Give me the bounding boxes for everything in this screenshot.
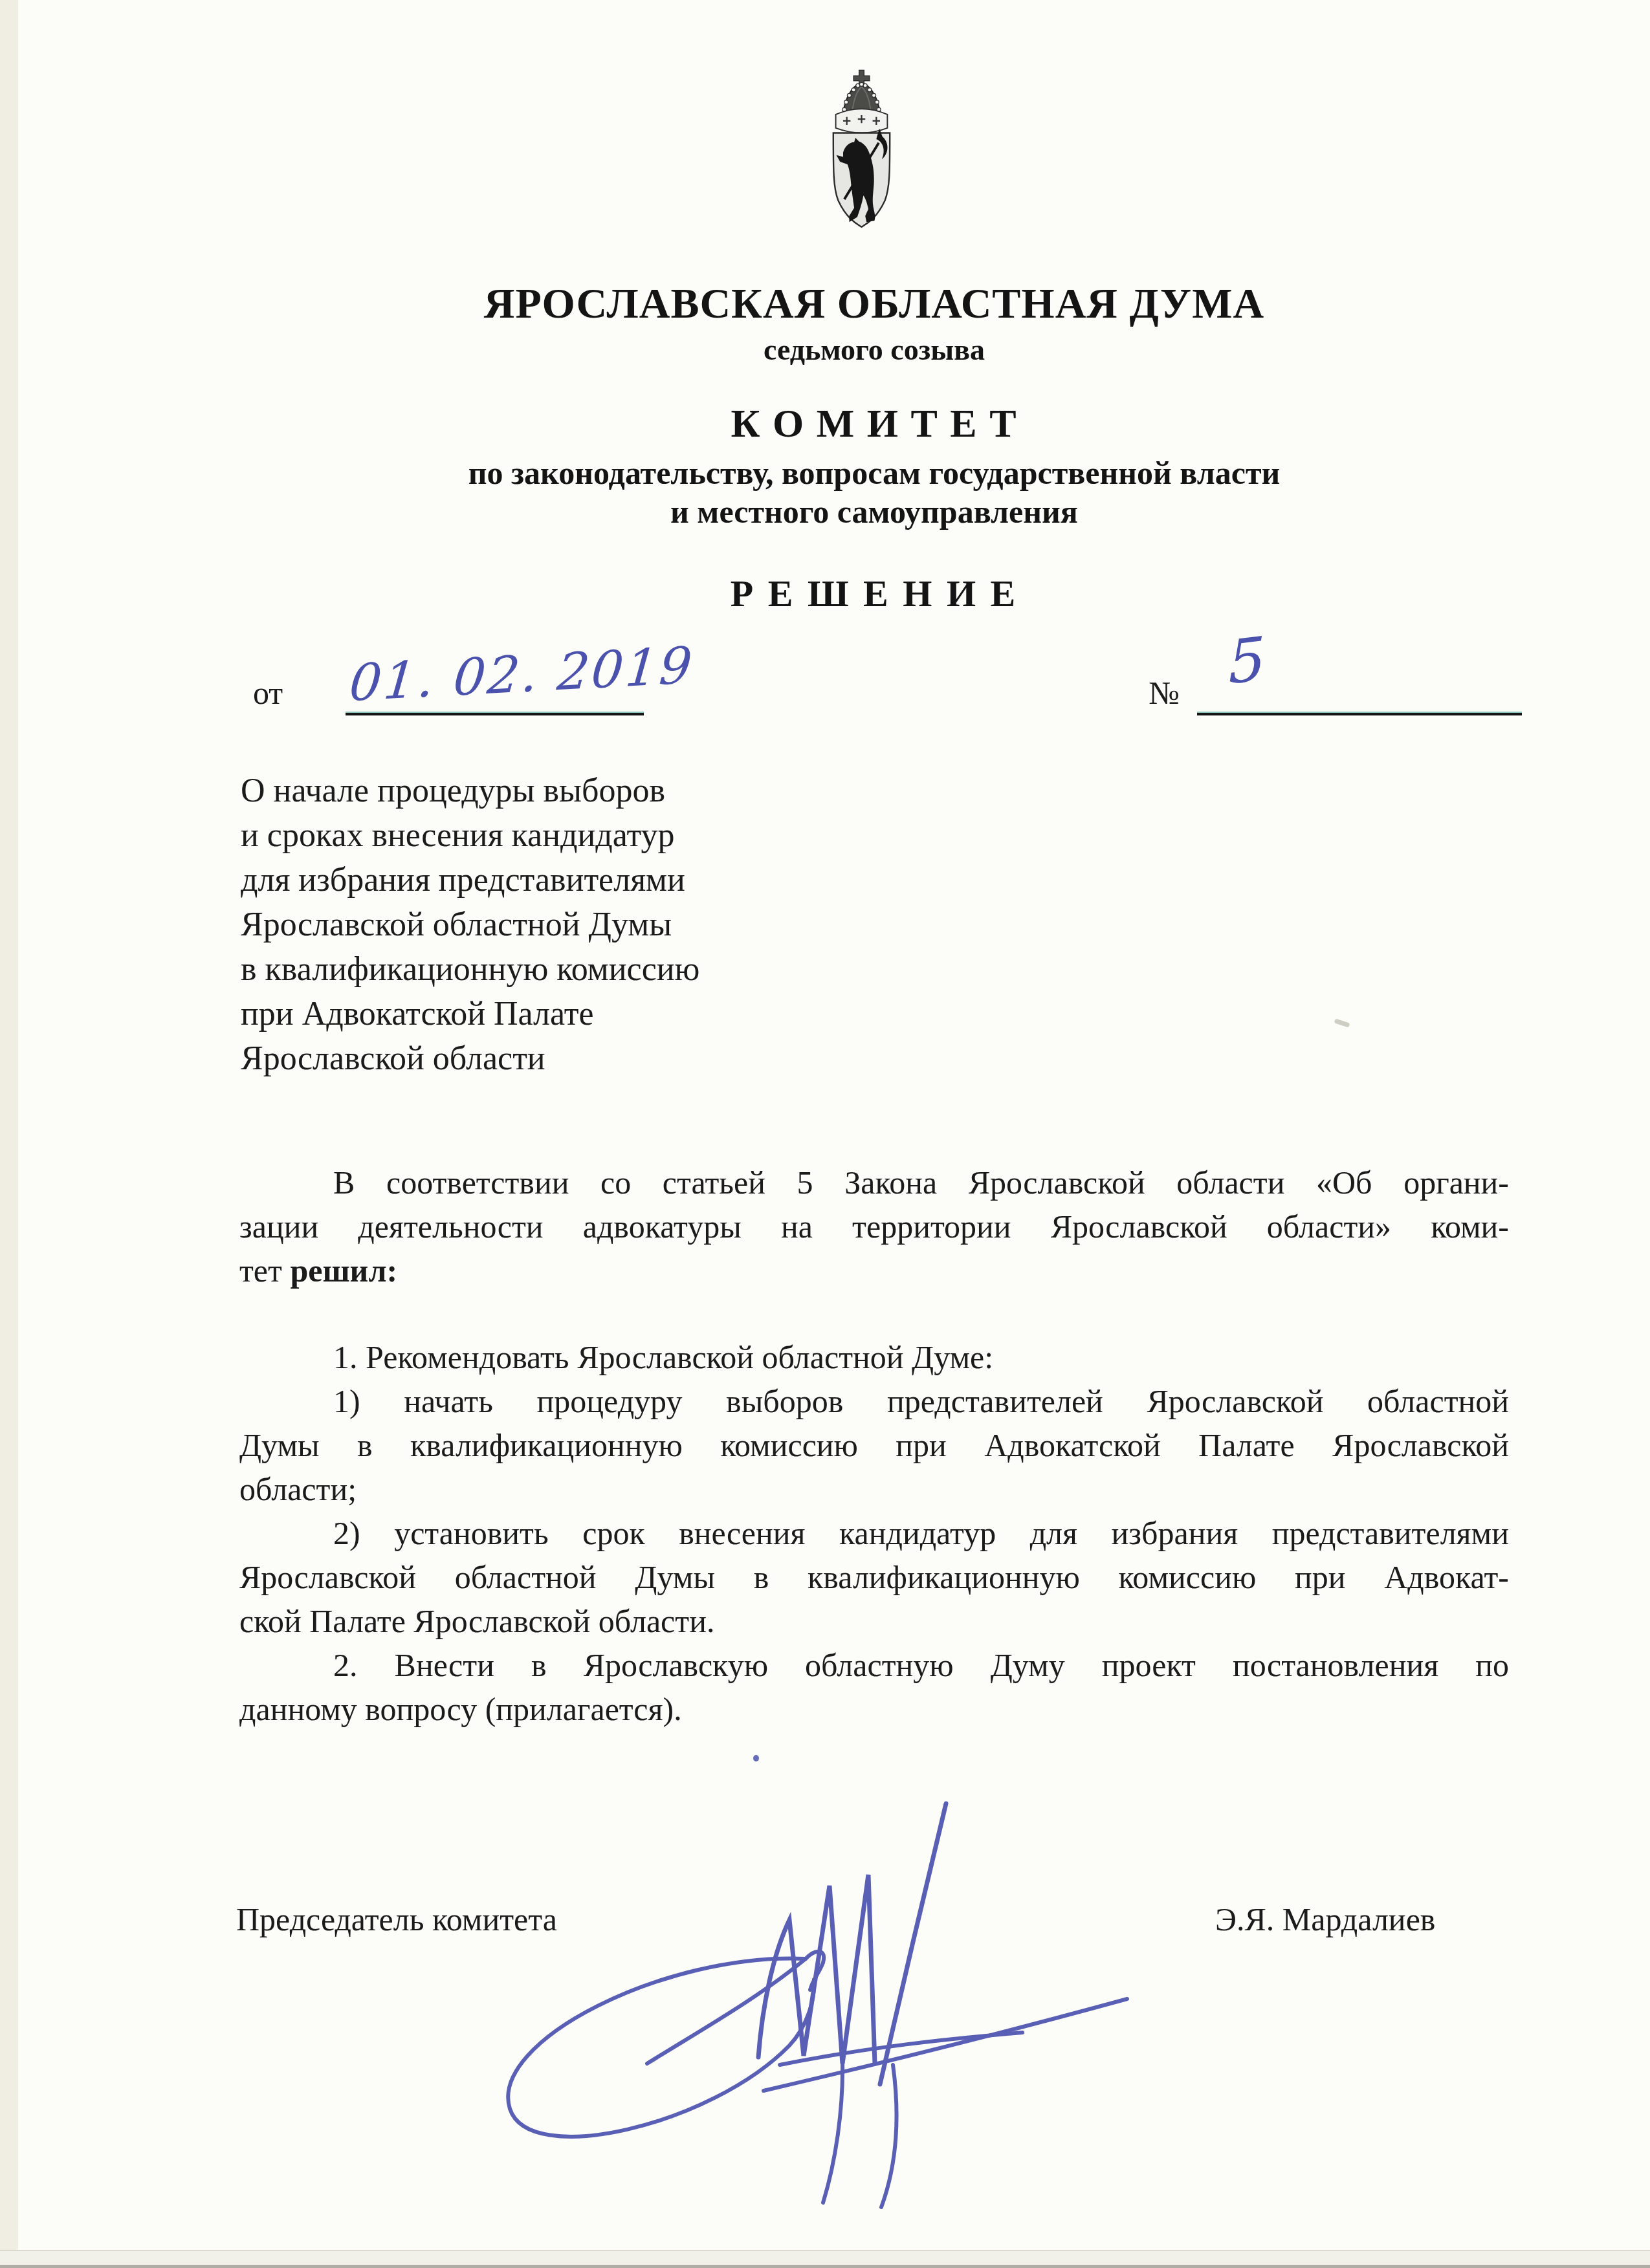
body-line: 2. Внести в Ярославскую областную Думу п… [239,1644,1509,1688]
subject-line: и сроках внесения кандидатур [241,816,1160,855]
coat-of-arms-icon [819,67,905,234]
scan-speck [1334,1018,1350,1027]
committee-subtitle-line1: по законодательству, вопросам государств… [239,454,1509,492]
date-label: от [253,674,283,712]
handwritten-signature [453,1785,1139,2212]
org-title: ЯРОСЛАВСКАЯ ОБЛАСТНАЯ ДУМА [239,279,1509,329]
body-text: тет [239,1252,290,1289]
ink-speck [753,1755,759,1761]
subject-line: в квалификационную комиссию [241,950,1160,988]
body-line: Думы в квалификационную комиссию при Адв… [239,1424,1509,1468]
body-line: Ярославской областной Думы в квалификаци… [239,1556,1509,1600]
scanned-document-page: ЯРОСЛАВСКАЯ ОБЛАСТНАЯ ДУМА седьмого созы… [0,0,1650,2268]
committee-subtitle-line2: и местного самоуправления [239,493,1509,530]
subject-line: Ярославской областной Думы [241,906,1160,944]
subject-line: при Адвокатской Палате [241,995,1160,1033]
body-line: 1. Рекомендовать Ярославской областной Д… [239,1336,1509,1380]
body-line: зации деятельности адвокатуры на террито… [239,1205,1509,1249]
scan-bottom-line [0,2265,1650,2268]
body-line: данному вопросу (прилагается). [239,1688,1509,1732]
body-line: тет решил: [239,1249,1509,1293]
document-type-title: Р Е Ш Е Н И Е [239,572,1509,615]
committee-title: К О М И Т Е Т [239,401,1509,447]
scan-left-edge [0,0,18,2268]
number-label: № [1149,674,1180,712]
number-underline [1197,712,1522,715]
body-line: области; [239,1468,1509,1512]
subject-line: для избрания представителями [241,861,1160,899]
handwritten-date: 01. 02. 2019 [347,637,696,713]
subject-line: О начале процедуры выборов [241,772,1160,810]
body-line: В соответствии со статьей 5 Закона Яросл… [239,1161,1509,1205]
signer-name: Э.Я. Мардалиев [1215,1901,1435,1938]
body-line: ской Палате Ярославской области. [239,1600,1509,1644]
date-underline [346,712,644,715]
body-line: 2) установить срок внесения кандидатур д… [239,1512,1509,1556]
handwritten-number: 5 [1227,624,1266,698]
convocation-line: седьмого созыва [239,333,1509,367]
body-line: 1) начать процедуру выборов представител… [239,1380,1509,1424]
subject-line: Ярославской области [241,1040,1160,1078]
resolved-keyword: решил: [290,1252,397,1289]
